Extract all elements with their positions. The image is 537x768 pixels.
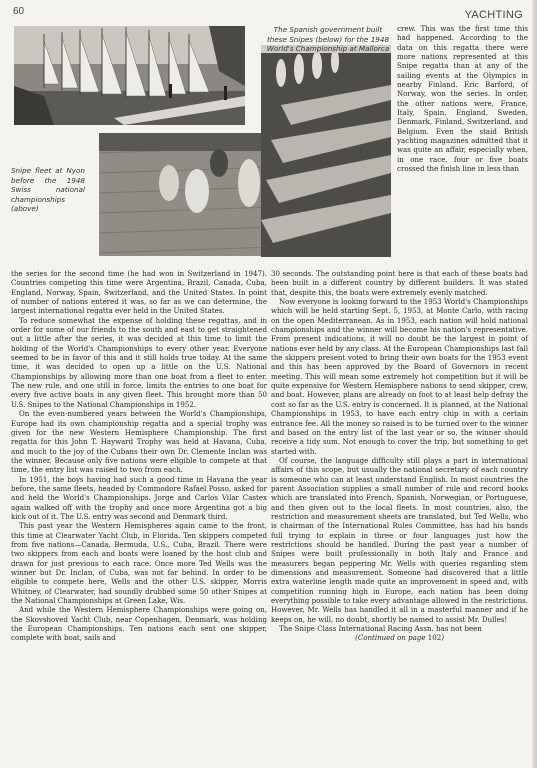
paragraph: This past year the Western Hemispheres a… <box>11 521 267 605</box>
paragraph: the series for the second time (he had w… <box>11 269 267 316</box>
paragraph: And while the Western Hemisphere Champio… <box>11 605 267 642</box>
paragraph: In 1951, the boys having had such a good… <box>11 475 267 522</box>
paragraph: On the even-numbered years between the W… <box>11 409 267 474</box>
photo-nyon-fleet <box>14 26 245 125</box>
continued-notice[interactable]: (Continued on page 102) <box>271 633 528 642</box>
body-column-left: the series for the second time (he had w… <box>11 269 267 643</box>
snipe-hulls-image-icon <box>261 45 391 257</box>
paragraph: The Snipe Class International Racing Ass… <box>271 624 528 633</box>
page-number: 60 <box>13 6 24 17</box>
narrow-column-paragraph: crew. This was the first time this had h… <box>397 24 528 174</box>
photo-caption-left: Snipe fleet at Nyon before the 1948 Swis… <box>11 166 85 214</box>
page-edge <box>532 0 537 768</box>
paragraph: 30 seconds. The outstanding point here i… <box>271 269 528 297</box>
photo-caption-right: The Spanish government built these Snipe… <box>263 25 393 54</box>
narrow-column: crew. This was the first time this had h… <box>397 24 528 174</box>
sailboats-image-icon <box>14 26 245 125</box>
paragraph: Of course, the language difficulty still… <box>271 456 528 624</box>
paragraph: To reduce somewhat the expense of holdin… <box>11 316 267 409</box>
continued-page-number: 102 <box>428 633 441 642</box>
continued-label: Continued on page <box>358 633 426 642</box>
body-column-right: 30 seconds. The outstanding point here i… <box>271 269 528 643</box>
photo-spanish-snipes <box>261 45 391 257</box>
paragraph: Now everyone is looking forward to the 1… <box>271 297 528 456</box>
magazine-title: YACHTING <box>465 9 523 21</box>
